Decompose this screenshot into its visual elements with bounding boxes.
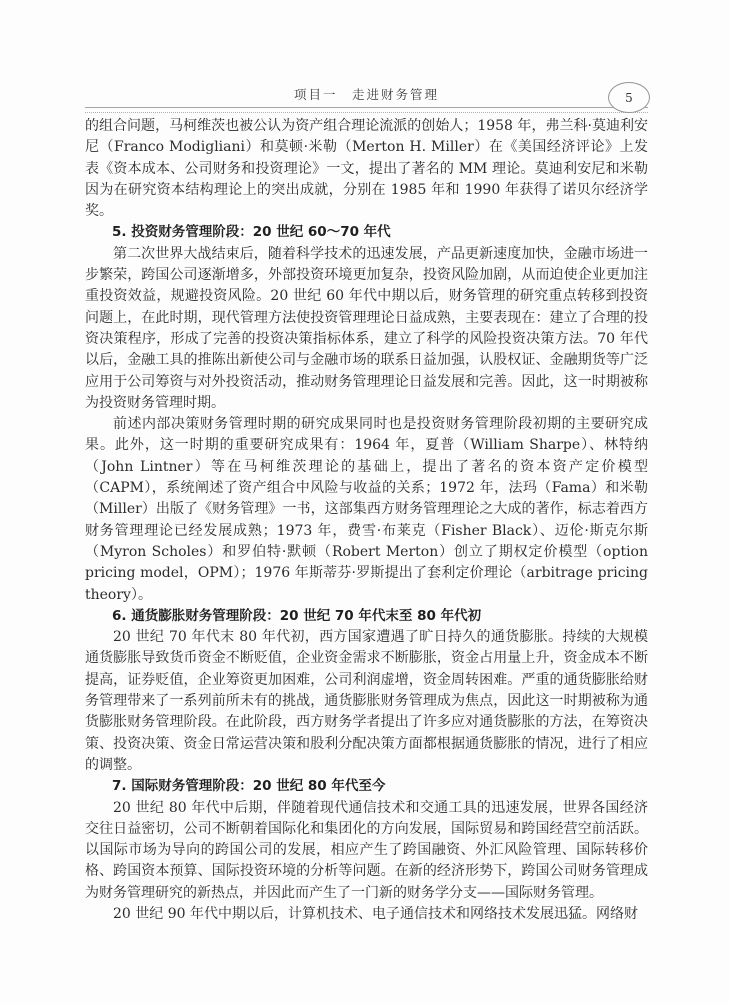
paragraph-section6-inflation: 20 世纪 70 年代末 80 年代初，西方国家遭遇了旷日持久的通货膨胀。持续的… [85, 627, 648, 776]
page-number-badge: 5 [608, 82, 650, 113]
page-body: 的组合问题，马柯维茨也被公认为资产组合理论流派的创始人；1958 年，弗兰科·莫… [85, 116, 648, 925]
paragraph-section5-history: 第二次世界大战结束后，随着科学技术的迅速发展，产品更新速度加快，金融市场进一步繁… [85, 244, 648, 414]
running-head-title: 项目一 走进财务管理 [85, 87, 648, 103]
paragraph-continuation: 的组合问题，马柯维茨也被公认为资产组合理论流派的创始人；1958 年，弗兰科·莫… [85, 116, 648, 222]
book-page: 项目一 走进财务管理 5 的组合问题，马柯维茨也被公认为资产组合理论流派的创始人… [0, 0, 729, 1005]
paragraph-section5-research: 前述内部决策财务管理时期的研究成果同时也是投资财务管理阶段初期的主要研究成果。此… [85, 414, 648, 606]
header-rule [85, 107, 648, 113]
paragraph-section7-international: 20 世纪 80 年代中后期，伴随着现代通信技术和交通工具的迅速发展，世界各国经… [85, 798, 648, 904]
section-heading-5: 5. 投资财务管理阶段：20 世纪 60～70 年代 [85, 222, 648, 243]
page-header: 项目一 走进财务管理 5 [85, 87, 648, 113]
paragraph-network-finance: 20 世纪 90 年代中期以后，计算机技术、电子通信技术和网络技术发展迅猛。网络… [85, 904, 648, 925]
page-number: 5 [625, 91, 633, 105]
section-heading-7: 7. 国际财务管理阶段：20 世纪 80 年代至今 [85, 776, 648, 797]
section-heading-6: 6. 通货膨胀财务管理阶段：20 世纪 70 年代末至 80 年代初 [85, 606, 648, 627]
